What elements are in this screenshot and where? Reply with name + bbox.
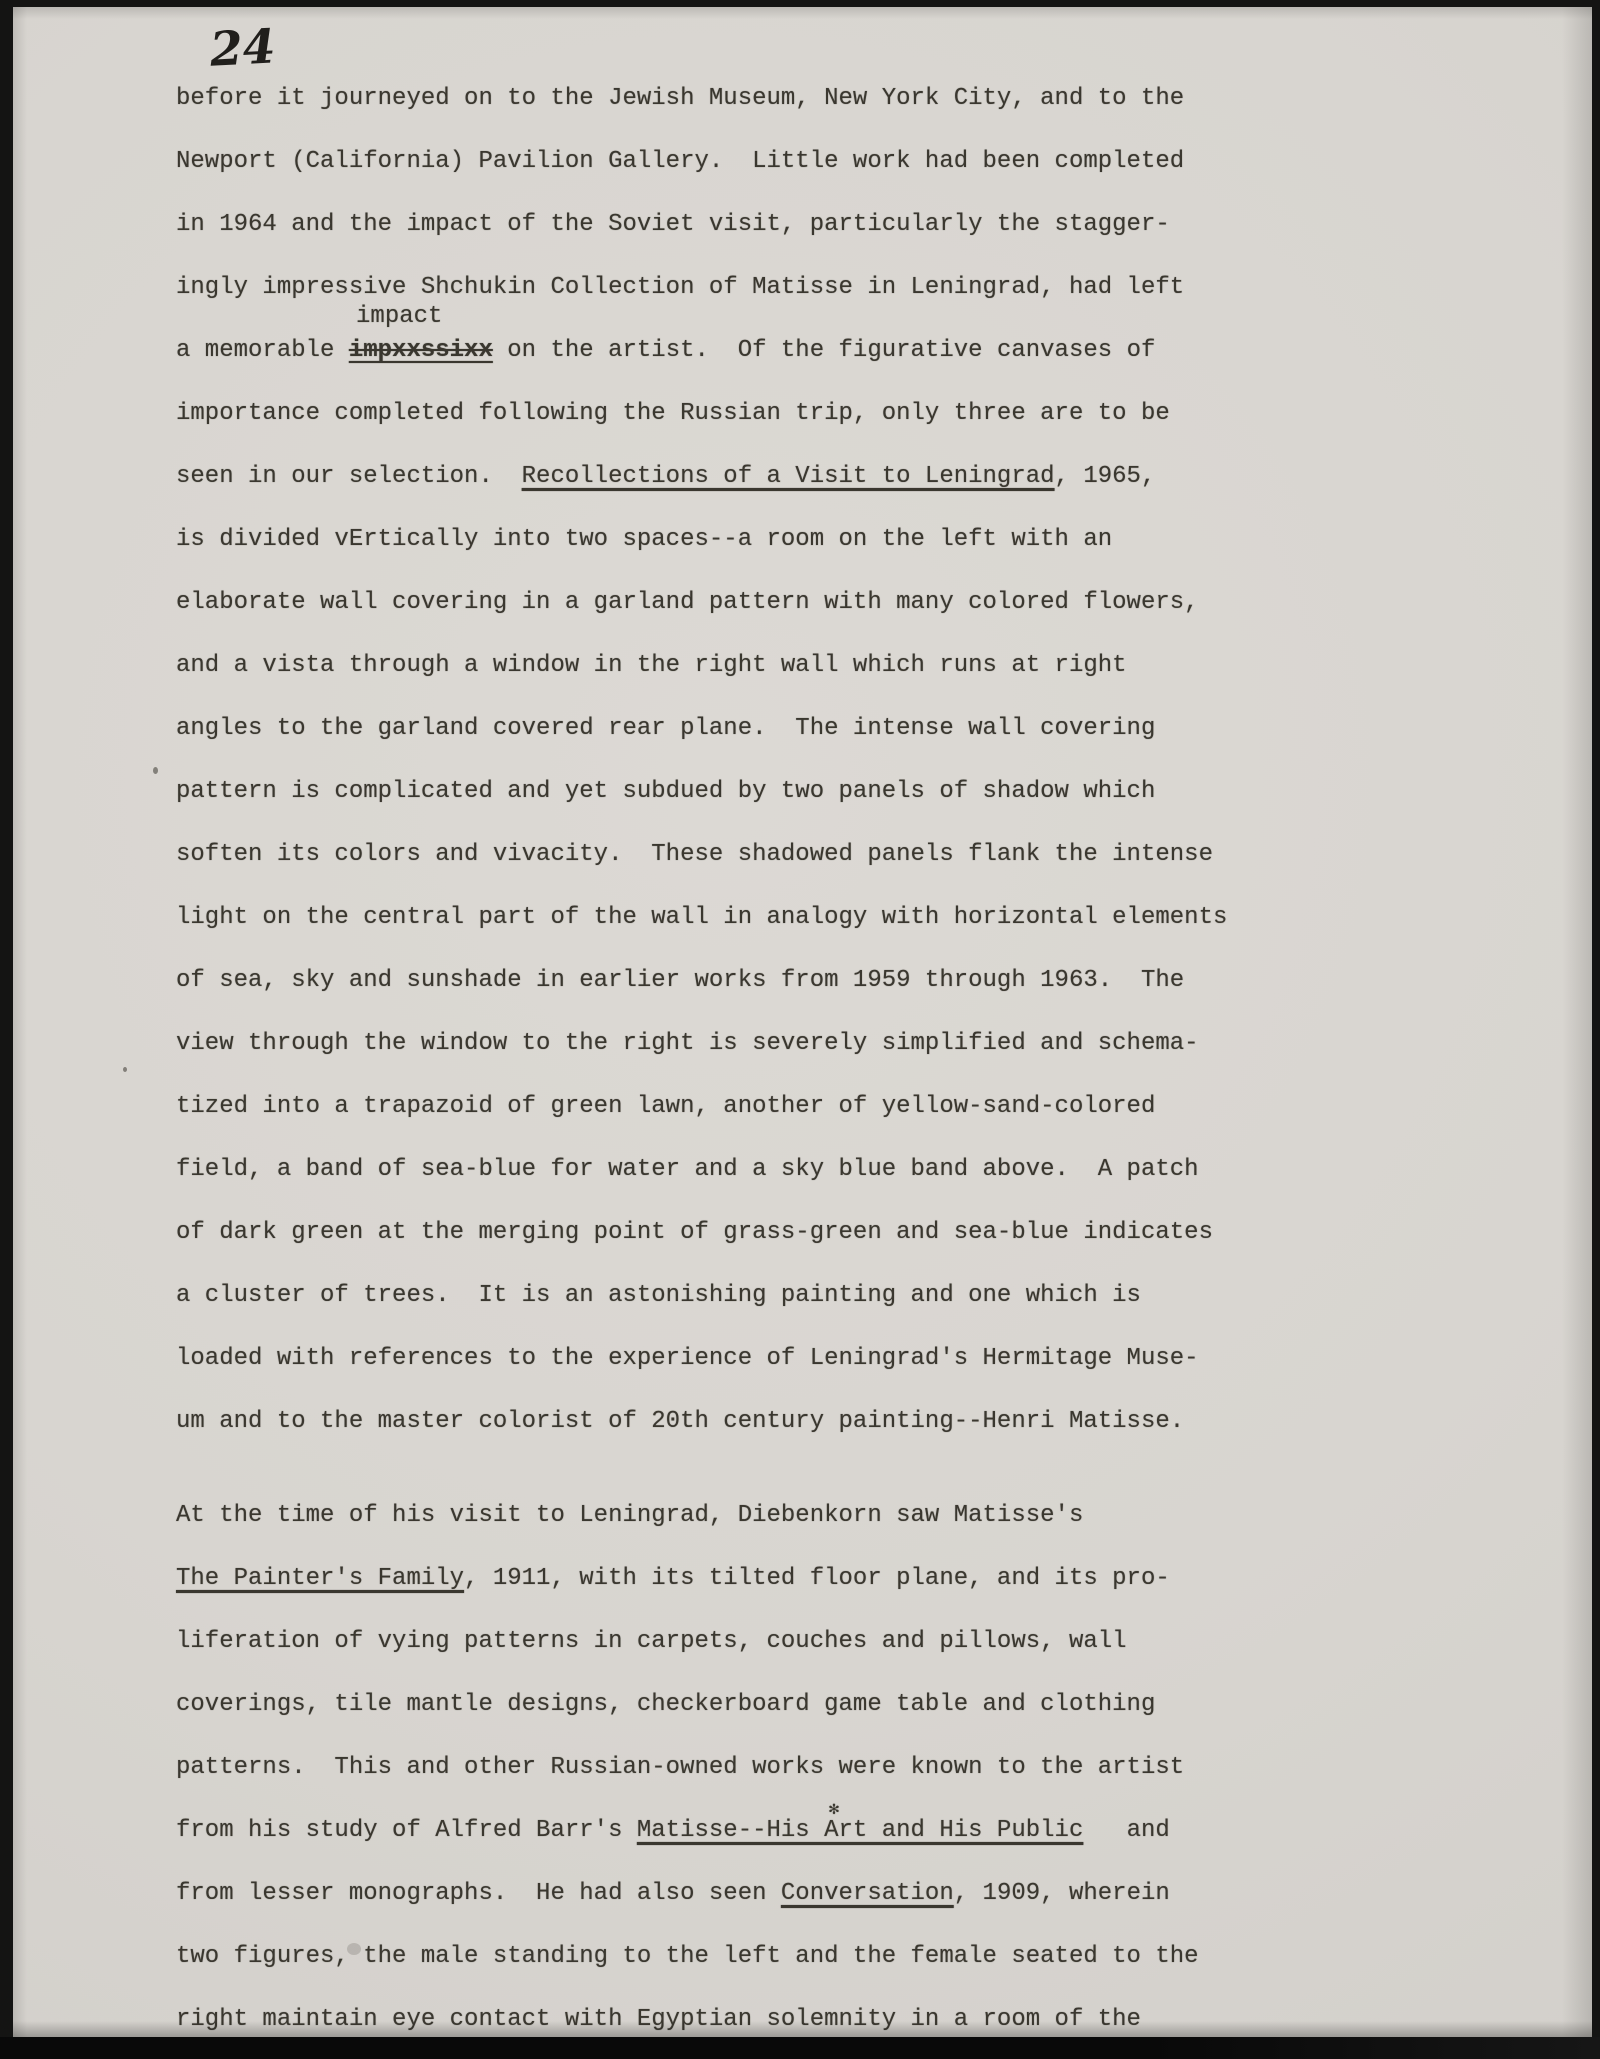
text-segment: view through the window to the right is … — [176, 1030, 1199, 1057]
paper-speck — [123, 1067, 127, 1072]
text-segment: um and to the master colorist of 20th ce… — [176, 1408, 1184, 1435]
text-segment: patterns. This and other Russian-owned w… — [176, 1754, 1184, 1781]
text-segment: soften its colors and vivacity. These sh… — [176, 841, 1213, 868]
text-segment: seen in our selection. — [176, 463, 522, 490]
text-segment: of sea, sky and sunshade in earlier work… — [176, 967, 1184, 994]
text-segment: ingly impressive Shchukin Collection of … — [176, 274, 1184, 301]
typed-line: The Painter's Family, 1911, with its til… — [176, 1547, 1266, 1610]
text-segment: and — [1083, 1817, 1169, 1844]
text-segment: importance completed following the Russi… — [176, 400, 1170, 427]
typed-line: Newport (California) Pavilion Gallery. L… — [176, 130, 1266, 193]
text-segment: of dark green at the merging point of gr… — [176, 1219, 1213, 1246]
text-segment: tized into a trapazoid of green lawn, an… — [176, 1093, 1155, 1120]
typed-line: a memorable impxxssixx on the artist. Of… — [176, 319, 1266, 382]
typed-line: At the time of his visit to Leningrad, D… — [176, 1484, 1266, 1547]
artwork-title-underlined: Conversation — [781, 1880, 954, 1907]
text-segment: loaded with references to the experience… — [176, 1345, 1199, 1372]
typed-line: field, a band of sea-blue for water and … — [176, 1138, 1266, 1201]
typed-line: coverings, tile mantle designs, checkerb… — [176, 1673, 1266, 1736]
typed-line: tized into a trapazoid of green lawn, an… — [176, 1075, 1266, 1138]
text-segment: angles to the garland covered rear plane… — [176, 715, 1155, 742]
text-segment: before it journeyed on to the Jewish Mus… — [176, 85, 1184, 112]
artwork-title-underlined: Recollections of a Visit to Leningrad — [522, 463, 1055, 490]
typed-line: from lesser monographs. He had also seen… — [176, 1862, 1266, 1925]
text-segment: , 1911, with its tilted floor plane, and… — [464, 1565, 1170, 1592]
text-segment: light on the central part of the wall in… — [176, 904, 1227, 931]
artwork-title-underlined: The Painter's Family — [176, 1565, 464, 1592]
typed-line: um and to the master colorist of 20th ce… — [176, 1390, 1266, 1453]
typed-line: before it journeyed on to the Jewish Mus… — [176, 67, 1266, 130]
typed-line: loaded with references to the experience… — [176, 1327, 1266, 1390]
text-segment: a memorable — [176, 337, 349, 364]
typed-line: importance completed following the Russi… — [176, 382, 1266, 445]
typed-line: of sea, sky and sunshade in earlier work… — [176, 949, 1266, 1012]
typed-line: and a vista through a window in the righ… — [176, 634, 1266, 697]
text-segment: Newport (California) Pavilion Gallery. L… — [176, 148, 1184, 175]
text-segment: two figures, the male standing to the le… — [176, 1943, 1199, 1970]
scanned-page: 24 before it journeyed on to the Jewish … — [13, 7, 1592, 2037]
typed-line: patterns. This and other Russian-owned w… — [176, 1736, 1266, 1799]
typed-line: of dark green at the merging point of gr… — [176, 1201, 1266, 1264]
scan-edge — [0, 2037, 1600, 2059]
text-segment: from lesser monographs. He had also seen — [176, 1880, 781, 1907]
text-segment: liferation of vying patterns in carpets,… — [176, 1628, 1127, 1655]
text-segment: coverings, tile mantle designs, checkerb… — [176, 1691, 1155, 1718]
text-segment: right maintain eye contact with Egyptian… — [176, 2006, 1141, 2033]
text-segment: a cluster of trees. It is an astonishing… — [176, 1282, 1141, 1309]
typed-line: in 1964 and the impact of the Soviet vis… — [176, 193, 1266, 256]
text-segment: and a vista through a window in the righ… — [176, 652, 1127, 679]
typed-line: soften its colors and vivacity. These sh… — [176, 823, 1266, 886]
typed-line: from his study of Alfred Barr's Matisse-… — [176, 1799, 1266, 1862]
text-segment: in 1964 and the impact of the Soviet vis… — [176, 211, 1170, 238]
typed-line: light on the central part of the wall in… — [176, 886, 1266, 949]
typed-line: liferation of vying patterns in carpets,… — [176, 1610, 1266, 1673]
typed-line: angles to the garland covered rear plane… — [176, 697, 1266, 760]
paragraph: At the time of his visit to Leningrad, D… — [176, 1484, 1266, 2051]
interline-insertion: impact — [356, 285, 442, 348]
paper-speck — [347, 1943, 361, 1955]
typed-line: is divided vErtically into two spaces--a… — [176, 508, 1266, 571]
typed-line: seen in our selection. Recollections of … — [176, 445, 1266, 508]
text-segment: field, a band of sea-blue for water and … — [176, 1156, 1199, 1183]
book-title-underlined: Matisse--His Art and His Public — [637, 1817, 1083, 1844]
typed-line: pattern is complicated and yet subdued b… — [176, 760, 1266, 823]
text-segment: is divided vErtically into two spaces--a… — [176, 526, 1112, 553]
paragraph: before it journeyed on to the Jewish Mus… — [176, 67, 1266, 1453]
typed-line: view through the window to the right is … — [176, 1012, 1266, 1075]
text-segment: from his study of Alfred Barr's — [176, 1817, 637, 1844]
text-segment: , 1965, — [1055, 463, 1156, 490]
text-segment: on the artist. Of the figurative canvase… — [493, 337, 1156, 364]
typed-line: elaborate wall covering in a garland pat… — [176, 571, 1266, 634]
text-segment: , 1909, wherein — [954, 1880, 1170, 1907]
text-segment: pattern is complicated and yet subdued b… — [176, 778, 1155, 805]
typed-line: a cluster of trees. It is an astonishing… — [176, 1264, 1266, 1327]
typed-line: ingly impressive Shchukin Collection of … — [176, 256, 1266, 319]
typed-line: two figures, the male standing to the le… — [176, 1925, 1266, 1988]
text-segment: At the time of his visit to Leningrad, D… — [176, 1502, 1083, 1529]
paper-speck — [153, 767, 158, 774]
footnote-asterisk: ✻ — [829, 1779, 839, 1842]
typed-text: before it journeyed on to the Jewish Mus… — [176, 67, 1266, 2051]
text-segment: elaborate wall covering in a garland pat… — [176, 589, 1199, 616]
